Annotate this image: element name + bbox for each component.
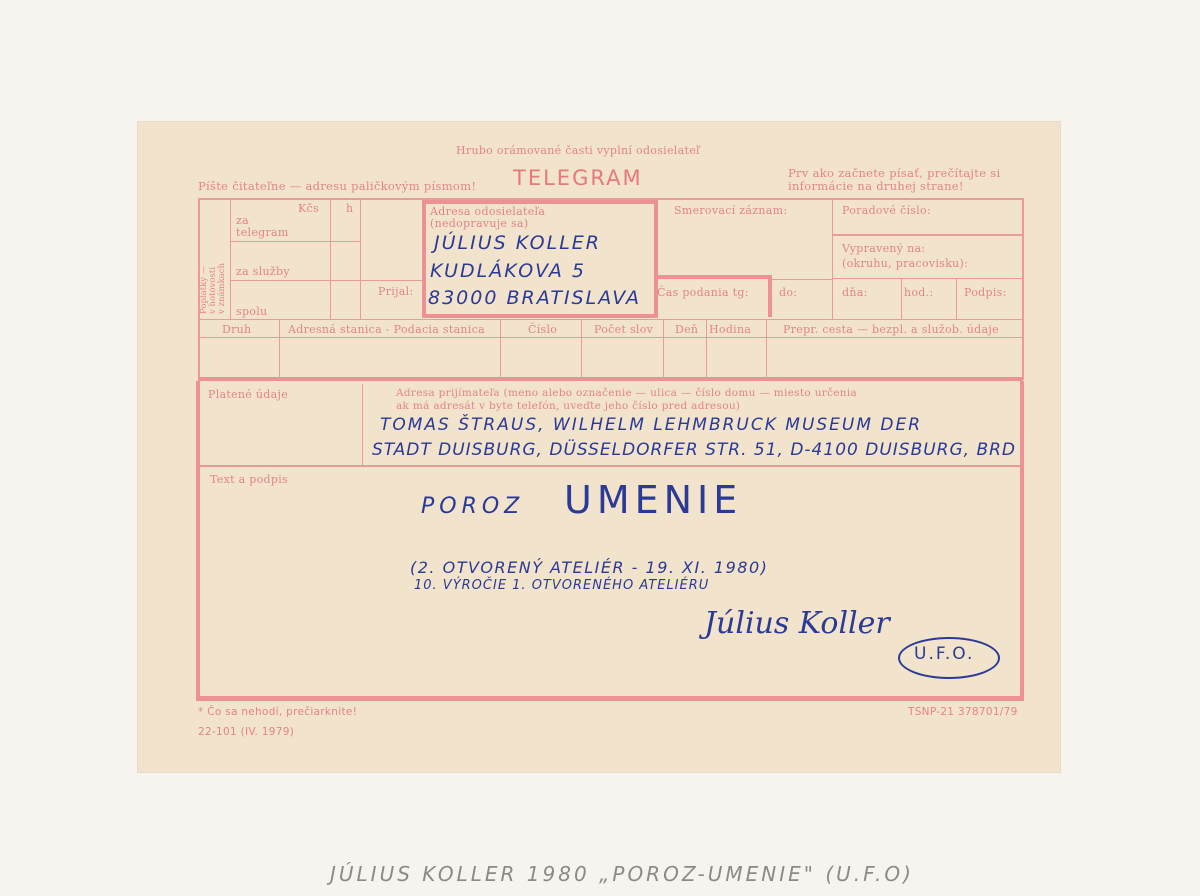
message-word-umenie: UMENIE — [564, 478, 742, 522]
col-word-count: Počet slov — [594, 323, 653, 336]
sent-to-label-2: (okruhu, pracovisku): — [842, 257, 968, 270]
hour-label: hod.: — [904, 286, 933, 299]
serial-number-label: Poradové číslo: — [842, 204, 931, 217]
fee-telegram-label-2: telegram — [236, 226, 289, 239]
col-day: Deň — [675, 323, 698, 336]
form-title: TELEGRAM — [513, 166, 643, 190]
message-line-1: (2. OTVORENÝ ATELIÉR - 19. XI. 1980) — [410, 558, 768, 577]
text-label: Text a podpis — [210, 473, 288, 486]
signature: Július Koller — [704, 606, 890, 641]
recipient-line-2: STADT DUISBURG, DÜSSELDORFER STR. 51, D-… — [372, 440, 1016, 460]
recipient-label-1: Adresa prijímateľa (meno alebo označenie… — [396, 387, 857, 399]
read-first-note-2: informácie na druhej strane! — [788, 179, 964, 193]
day-label: dňa: — [842, 286, 868, 299]
col-address-station: Adresná stanica - Podacia stanica — [288, 323, 485, 336]
fee-total-label: spolu — [236, 305, 267, 318]
write-legibly-note: Píšte čitateľne — adresu paličkovým písm… — [198, 179, 476, 193]
currency-h: h — [346, 202, 353, 215]
sender-line-1: JÚLIUS KOLLER — [434, 232, 601, 254]
recipient-line-1: TOMAS ŠTRAUS, WILHELM LEHMBRUCK MUSEUM D… — [380, 415, 922, 435]
message-word-poroz: POROZ — [421, 494, 524, 519]
message-line-2: 10. VÝROČIE 1. OTVORENÉHO ATELIÉRU — [414, 578, 709, 593]
form-number: 22-101 (IV. 1979) — [198, 726, 294, 738]
sender-line-2: KUDLÁKOVA 5 — [430, 260, 586, 282]
read-first-note-1: Prv ako začnete písať, prečítajte si — [788, 166, 1000, 180]
to-label: do: — [779, 286, 797, 299]
received-label: Prijal: — [378, 285, 413, 298]
sent-to-label-1: Vypravený na: — [842, 242, 925, 255]
col-number: Číslo — [528, 323, 557, 336]
footnote: * Čo sa nehodí, prečiarknite! — [198, 706, 357, 718]
signature-label: Podpis: — [964, 286, 1007, 299]
print-code: TSNP-21 378701/79 — [908, 706, 1018, 718]
col-hour: Hodina — [709, 323, 751, 336]
routing-note-label: Smerovací záznam: — [674, 204, 787, 217]
telegram-form: Hrubo orámované časti vyplní odosielateľ… — [138, 122, 1060, 772]
recipient-label-2: ak má adresát v byte telefón, uveďte jeh… — [396, 400, 740, 412]
instruction-top: Hrubo orámované časti vyplní odosielateľ — [456, 144, 700, 157]
col-route: Prepr. cesta — bezpl. a služob. údaje — [783, 323, 999, 336]
pencil-caption: JÚLIUS KOLLER 1980 „POROZ-UMENIE" (U.F.O… — [330, 862, 914, 886]
sender-line-3: 83000 BRATISLAVA — [428, 287, 641, 309]
paid-info-label: Platené údaje — [208, 388, 288, 401]
sender-label-2: (nedopravuje sa) — [430, 217, 528, 230]
fee-services-label: za služby — [236, 265, 290, 278]
currency-kcs: Kčs — [298, 202, 319, 215]
ufo-text: U.F.O. — [914, 644, 974, 664]
fees-side-label: Poplatky — v hotovosti v známkach — [200, 263, 227, 314]
col-type: Druh — [222, 323, 251, 336]
submit-time-label: Čas podania tg: — [657, 286, 749, 299]
